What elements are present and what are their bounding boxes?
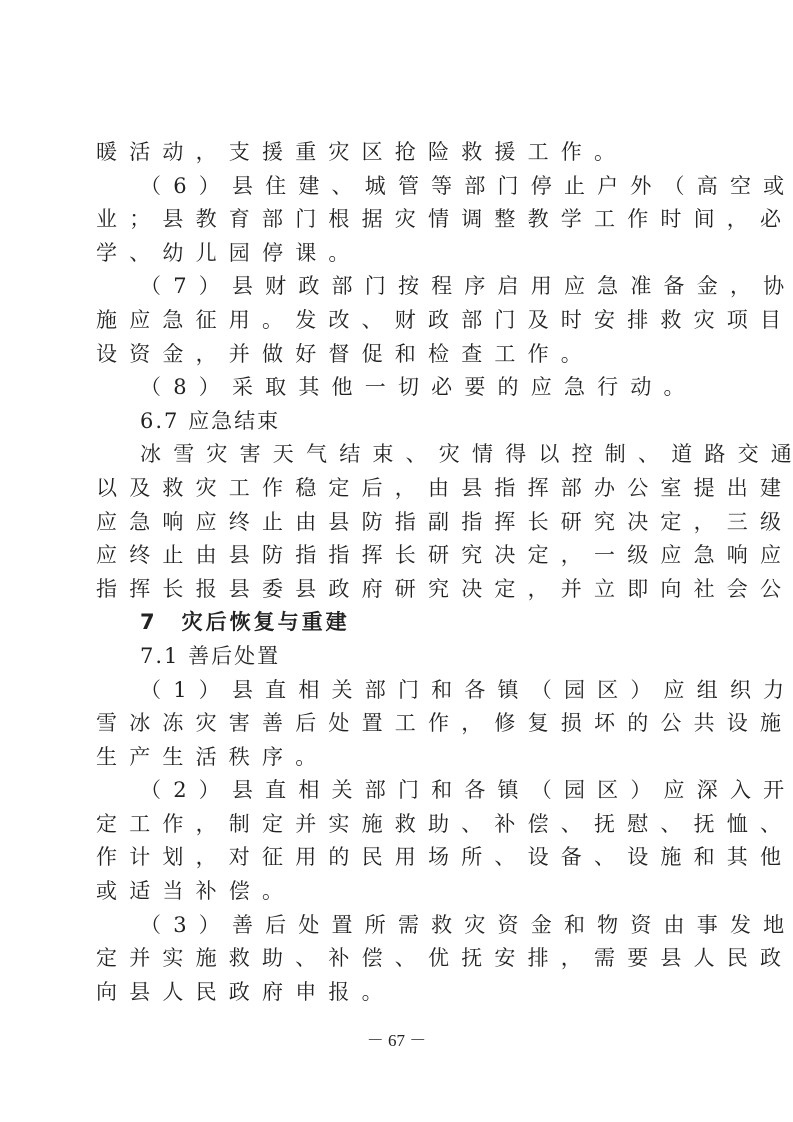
text-line: 应终止由县防指指挥长研究决定，一级应急响应终止由县防指: [96, 539, 706, 573]
text-line: 作计划，对征用的民用场所、设备、设施和其他物资予以恢复: [96, 841, 706, 875]
text-line: 学、幼儿园停课。: [96, 237, 706, 271]
text-line: 业；县教育部门根据灾情调整教学工作时间，必要时，中小: [96, 203, 706, 237]
list-item-6: （6）县住建、城管等部门停止户外（高空或道路路面）作: [96, 170, 706, 204]
text-line: 或适当补偿。: [96, 875, 706, 909]
list-item-7: （7）县财政部门按程序启用应急准备金，协助相关部门实: [96, 270, 706, 304]
text-line: 生产生活秩序。: [96, 741, 706, 775]
text-line: 应急响应终止由县防指副指挥长研究决定，三级、二级应急响: [96, 506, 706, 540]
text-line: 定并实施救助、补偿、优抚安排，需要县人民政府支持的，可: [96, 942, 706, 976]
document-body: 暖活动，支援重灾区抢险救援工作。 （6）县住建、城管等部门停止户外（高空或道路路…: [96, 136, 706, 1009]
chapter-heading-7: 7 灾后恢复与重建: [96, 606, 706, 640]
section-heading-6-7: 6.7 应急结束: [96, 405, 706, 439]
text-line: 设资金，并做好督促和检查工作。: [96, 338, 706, 372]
text-line: 以及救灾工作稳定后，由县指挥部办公室提出建议，其中四级: [96, 472, 706, 506]
list-item-8: （8）采取其他一切必要的应急行动。: [96, 371, 706, 405]
list-item-2: （2）县直相关部门和各镇（园区）应深入开展灾害损失核: [96, 774, 706, 808]
section-heading-7-1: 7.1 善后处置: [96, 640, 706, 674]
text-line: 施应急征用。发改、财政部门及时安排救灾项目，落实项目建: [96, 304, 706, 338]
text-line: 雪冰冻灾害善后处置工作，修复损坏的公共设施，恢复正常的: [96, 707, 706, 741]
list-item-3: （3）善后处置所需救灾资金和物资由事发地镇（园区）制: [96, 909, 706, 943]
text-line: 定工作，制定并实施救助、补偿、抚慰、抚恤、安置等善后工: [96, 808, 706, 842]
paragraph-start: 冰雪灾害天气结束、灾情得以控制、道路交通等秩序恢复: [96, 438, 706, 472]
text-line: 指挥长报县委县政府研究决定，并立即向社会公布。: [96, 573, 706, 607]
list-item-1: （1）县直相关部门和各镇（园区）应组织力量做好低温雨: [96, 674, 706, 708]
text-line: 向县人民政府申报。: [96, 976, 706, 1010]
page-number: － 67 －: [0, 1026, 793, 1051]
text-line: 暖活动，支援重灾区抢险救援工作。: [96, 136, 706, 170]
